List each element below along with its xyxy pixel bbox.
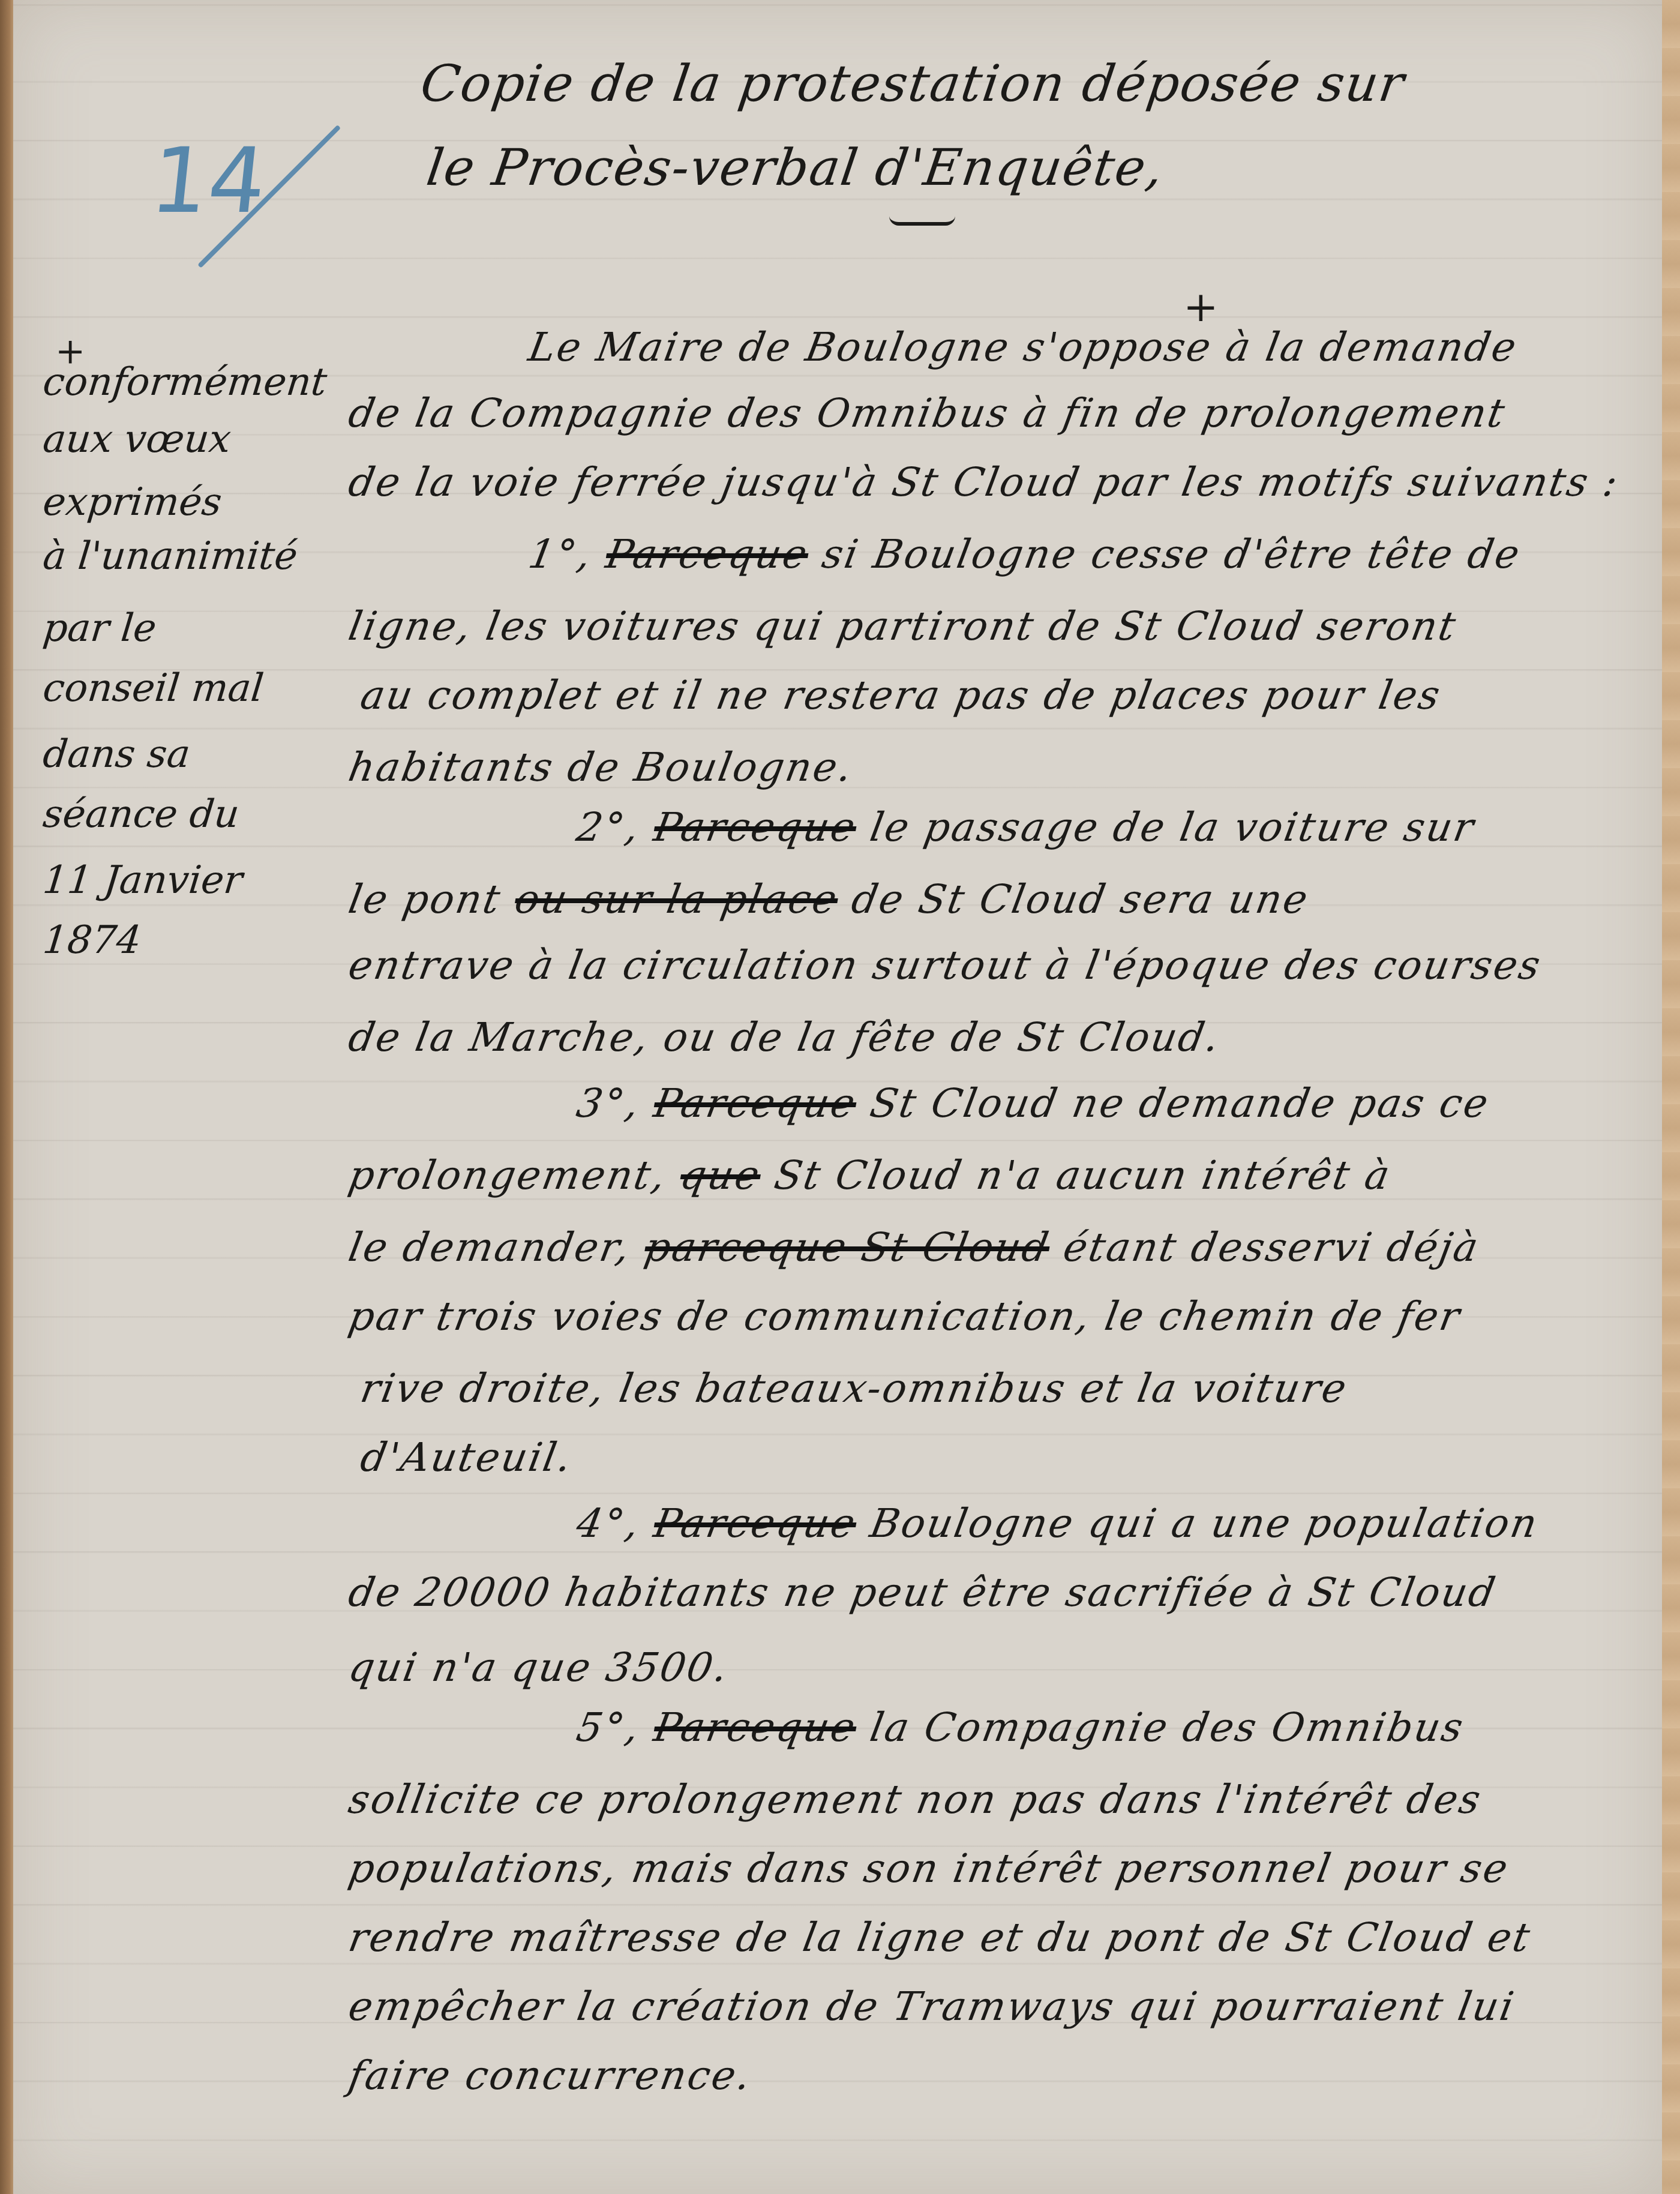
wood-surface-right — [1661, 0, 1680, 2194]
body-line: le pont ou sur la place de St Cloud sera… — [345, 876, 1313, 922]
body-line: entrave à la circulation surtout à l'épo… — [345, 942, 1545, 988]
folio-number: 14 — [146, 129, 271, 233]
body-line: le demander, parceque St Cloud étant des… — [345, 1224, 1483, 1270]
margin-line: aux vœux — [41, 417, 233, 461]
body-line: de la Compagnie des Omnibus à fin de pro… — [345, 390, 1510, 436]
body-line: de la Marche, ou de la fête de St Cloud. — [345, 1014, 1224, 1060]
struck-word: Parceque — [650, 1500, 860, 1546]
margin-line: par le — [41, 606, 158, 651]
struck-word: Parceque — [650, 1704, 860, 1751]
body-line: empêcher la création de Tramways qui pou… — [345, 1983, 1519, 2030]
struck-word: Parceque — [650, 804, 860, 850]
body-line: d'Auteuil. — [357, 1434, 576, 1480]
body-line: par trois voies de communication, le che… — [345, 1293, 1465, 1339]
body-line: Le Maire de Boulogne s'oppose à la deman… — [525, 324, 1521, 370]
body-line: prolongement, que St Cloud n'a aucun int… — [345, 1152, 1394, 1198]
body-line: ligne, les voitures qui partiront de St … — [345, 603, 1460, 649]
struck-word: Parceque — [650, 1080, 860, 1126]
margin-line: conformément — [41, 360, 329, 404]
margin-line: séance du — [41, 792, 241, 837]
numbered-point-5: 5°, Parceque la Compagnie des Omnibus — [573, 1704, 1468, 1751]
body-line: de 20000 habitants ne peut être sacrifié… — [345, 1569, 1500, 1615]
body-line: sollicite ce prolongement non pas dans l… — [345, 1776, 1486, 1823]
document-title-line-1: Copie de la protestation déposée sur — [417, 54, 1409, 113]
body-line: populations, mais dans son intérêt perso… — [345, 1845, 1513, 1892]
body-line: rive droite, les bateaux-omnibus et la v… — [357, 1365, 1351, 1411]
margin-line: dans sa — [41, 732, 192, 777]
manuscript-page: Copie de la protestation déposée sur le … — [13, 0, 1662, 2194]
numbered-point-4: 4°, Parceque Boulogne qui a une populati… — [573, 1500, 1542, 1546]
title-separator-dash — [889, 216, 955, 226]
numbered-point-2: 2°, Parceque le passage de la voiture su… — [573, 804, 1478, 850]
body-line: rendre maîtresse de la ligne et du pont … — [345, 1914, 1535, 1961]
body-line: habitants de Boulogne. — [345, 744, 857, 790]
document-title-line-2: le Procès-verbal d'Enquête, — [423, 138, 1168, 197]
margin-line: exprimés — [41, 480, 224, 524]
numbered-point-3: 3°, Parceque St Cloud ne demande pas ce — [573, 1080, 1493, 1126]
struck-word: Parceque — [602, 531, 812, 577]
body-line: de la voie ferrée jusqu'à St Cloud par l… — [345, 459, 1623, 505]
body-line: qui n'a que 3500. — [345, 1644, 733, 1691]
body-line: faire concurrence. — [345, 2052, 755, 2099]
margin-line: 11 Janvier — [41, 858, 245, 903]
struck-word: ou sur la place — [511, 876, 842, 922]
struck-word: que — [677, 1152, 764, 1198]
body-line: au complet et il ne restera pas de place… — [357, 672, 1445, 718]
margin-line: à l'unanimité — [41, 534, 299, 579]
numbered-point-1: 1°, Parceque si Boulogne cesse d'être tê… — [525, 531, 1525, 577]
margin-line: conseil mal — [41, 666, 266, 711]
margin-line: 1874 — [41, 918, 143, 963]
struck-word: parceque St Cloud — [641, 1224, 1054, 1270]
